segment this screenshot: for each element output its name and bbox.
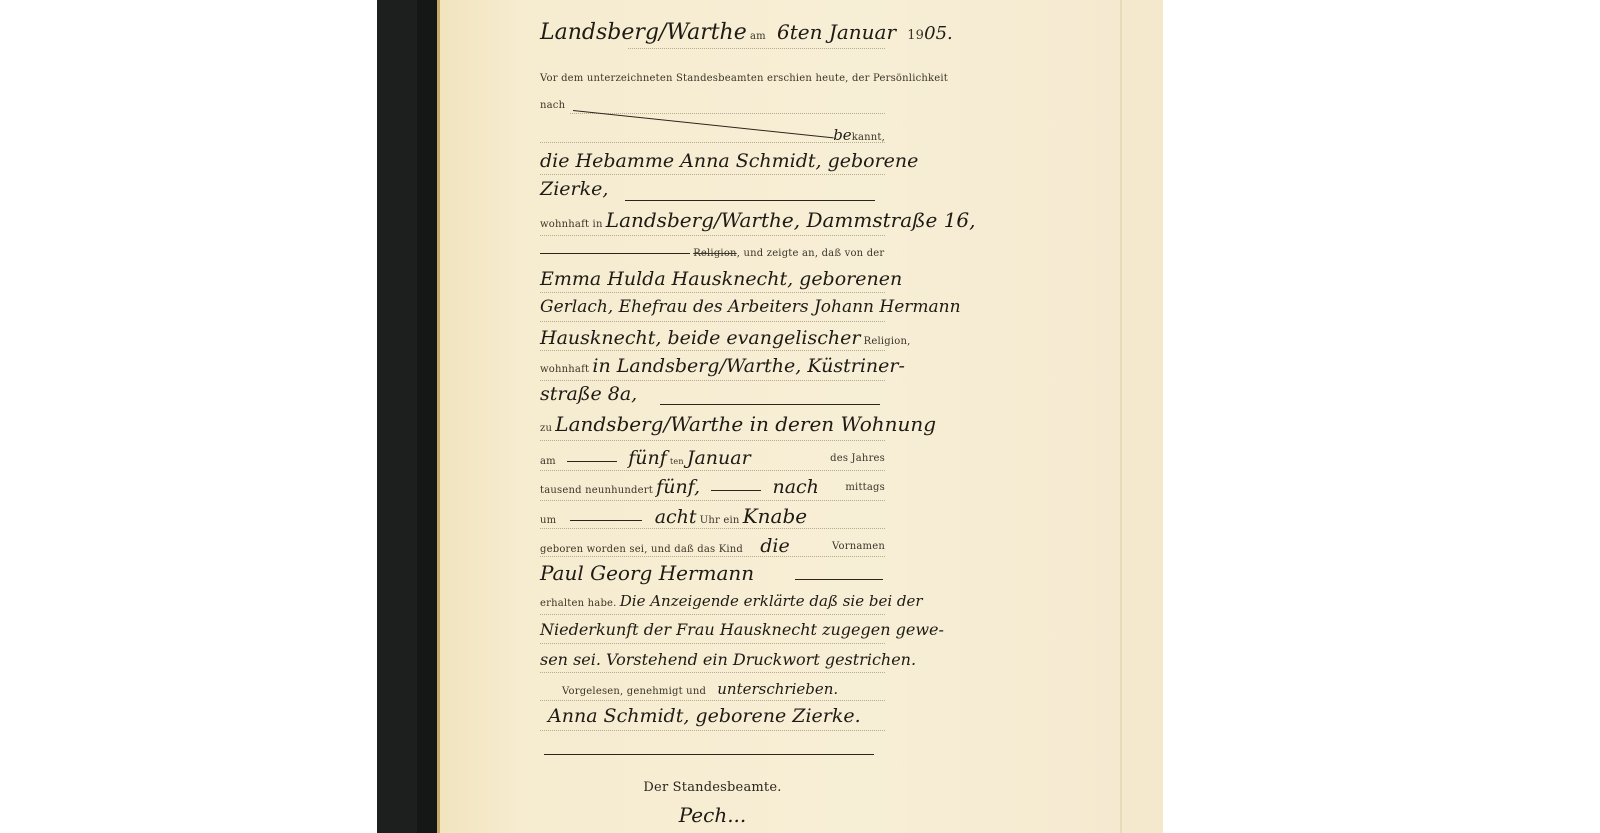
vorgelesen-text: Vorgelesen, genehmigt und [562, 686, 706, 697]
time-handwritten: nach [772, 476, 818, 498]
address-handwritten: in Landsberg/Warthe, Küstriner- [592, 355, 905, 377]
birthplace-handwritten: Landsberg/Warthe in deren Wohnung [555, 412, 936, 436]
des-jahres-label: des Jahres [830, 453, 885, 464]
fill-rule [567, 461, 617, 462]
line-parents-address: wohnhaft in Landsberg/Warthe, Küstriner- [540, 355, 885, 377]
dotted-line [540, 528, 885, 529]
dotted-line [540, 174, 885, 175]
line-declaration-1: erhalten habe. Die Anzeigende erklärte d… [540, 592, 885, 610]
nach-label: nach [540, 100, 565, 111]
year-printed: 19 [907, 28, 924, 43]
dotted-line [540, 700, 885, 701]
line-parents-religion: Hausknecht, beide evangelischer Religion… [540, 327, 885, 349]
fill-rule [570, 520, 642, 521]
line-religion: Religion, und zeigte an, daß von der [540, 248, 885, 259]
am-label: am [540, 456, 556, 467]
unterschrieben-handwritten: unterschrieben. [717, 680, 838, 698]
fill-rule [660, 404, 880, 405]
line-birthdate: am fünf ten Januar des Jahres [540, 447, 885, 469]
wohnhaft-label: wohnhaft in [540, 219, 603, 230]
line-child-name: Paul Georg Hermann [540, 561, 885, 585]
um-label: um [540, 515, 556, 526]
registrar-label: Der Standesbeamte. [540, 780, 885, 795]
line-nach: nach [540, 100, 885, 111]
fill-rule [711, 490, 761, 491]
day-handwritten: fünf [628, 447, 667, 469]
dotted-line [540, 672, 885, 673]
line-informant-maiden: Zierke, [540, 178, 885, 200]
dotted-line [540, 730, 885, 731]
dotted-line [540, 556, 885, 557]
sex-handwritten: Knabe [743, 504, 807, 528]
dotted-line [540, 614, 885, 615]
dotted-line [540, 470, 885, 471]
line-residence: wohnhaft in Landsberg/Warthe, Dammstraße… [540, 208, 885, 232]
line-informant: die Hebamme Anna Schmidt, geborene [540, 150, 885, 172]
dotted-line [540, 292, 885, 293]
year-handwritten: fünf, [656, 476, 700, 498]
wohnhaft-label: wohnhaft [540, 364, 589, 375]
am-label: am [750, 31, 766, 42]
line-approval: Vorgelesen, genehmigt und unterschrieben… [540, 680, 907, 698]
religion-handwritten: Hausknecht, beide evangelischer [540, 327, 860, 349]
religion-struck: Religion [693, 248, 737, 259]
dotted-line [540, 350, 885, 351]
line-street: straße 8a, [540, 383, 885, 405]
line-intro: Vor dem unterzeichneten Standesbeamten e… [540, 73, 885, 84]
year-handwritten: 05. [924, 23, 953, 44]
line-declaration-3: sen sei. Vorstehend ein Druckwort gestri… [540, 650, 885, 669]
registrar-signature: Pech... [540, 803, 885, 827]
dotted-line [540, 235, 885, 236]
declaration-handwritten: Die Anzeigende erklärte daß sie bei der [620, 592, 923, 610]
header-line: Landsberg/Warthe am 6ten Januar 1905. [540, 20, 885, 45]
dotted-line [540, 500, 885, 501]
book-cover [377, 0, 417, 833]
page-margin-right [1122, 0, 1163, 833]
book-spine [417, 0, 438, 833]
tausend-label: tausend neunhundert [540, 485, 653, 496]
mittags-label: mittags [845, 482, 885, 493]
line-birthtime: um acht Uhr ein Knabe [540, 504, 885, 528]
line-birthplace: zu Landsberg/Warthe in deren Wohnung [540, 412, 885, 436]
line-mother: Emma Hulda Hausknecht, geborenen [540, 268, 885, 290]
erhalten-habe-text: erhalten habe. [540, 598, 617, 609]
place-handwritten: Landsberg/Warthe [540, 20, 747, 45]
vornamen-label: Vornamen [832, 541, 885, 552]
dotted-line [628, 48, 885, 49]
fill-rule [795, 579, 883, 580]
register-page: Landsberg/Warthe am 6ten Januar 1905. Vo… [440, 0, 1143, 833]
zeigte-an-text: , und zeigte an, daß von der [737, 248, 885, 259]
hour-handwritten: acht [655, 506, 697, 528]
date-handwritten: 6ten Januar [777, 20, 896, 44]
die-handwritten: die [760, 535, 789, 557]
dotted-line [540, 643, 885, 644]
line-child-name-intro: geboren worden sei, und daß das Kind die… [540, 535, 885, 557]
dotted-line [540, 440, 885, 441]
fill-rule [625, 200, 875, 201]
fill-rule [540, 253, 690, 254]
month-handwritten: Januar [687, 447, 751, 469]
religion-label: Religion, [864, 336, 911, 347]
line-birthyear: tausend neunhundert fünf, nach mittags [540, 476, 885, 498]
informant-signature: Anna Schmidt, geborene Zierke. [540, 705, 893, 727]
geboren-text: geboren worden sei, und daß das Kind [540, 544, 743, 555]
dotted-line [540, 380, 885, 381]
line-mother-maiden: Gerlach, Ehefrau des Arbeiters Johann He… [540, 297, 885, 317]
book-scan: Landsberg/Warthe am 6ten Januar 1905. Vo… [377, 0, 1163, 833]
dotted-line [540, 321, 885, 322]
section-divider [544, 754, 874, 755]
uhr-ein-label: Uhr ein [700, 515, 740, 526]
dotted-line [540, 142, 885, 143]
ten-label: ten [670, 457, 684, 466]
zu-label: zu [540, 423, 552, 434]
line-declaration-2: Niederkunft der Frau Hausknecht zugegen … [540, 620, 885, 639]
residence-handwritten: Landsberg/Warthe, Dammstraße 16, [606, 208, 976, 232]
